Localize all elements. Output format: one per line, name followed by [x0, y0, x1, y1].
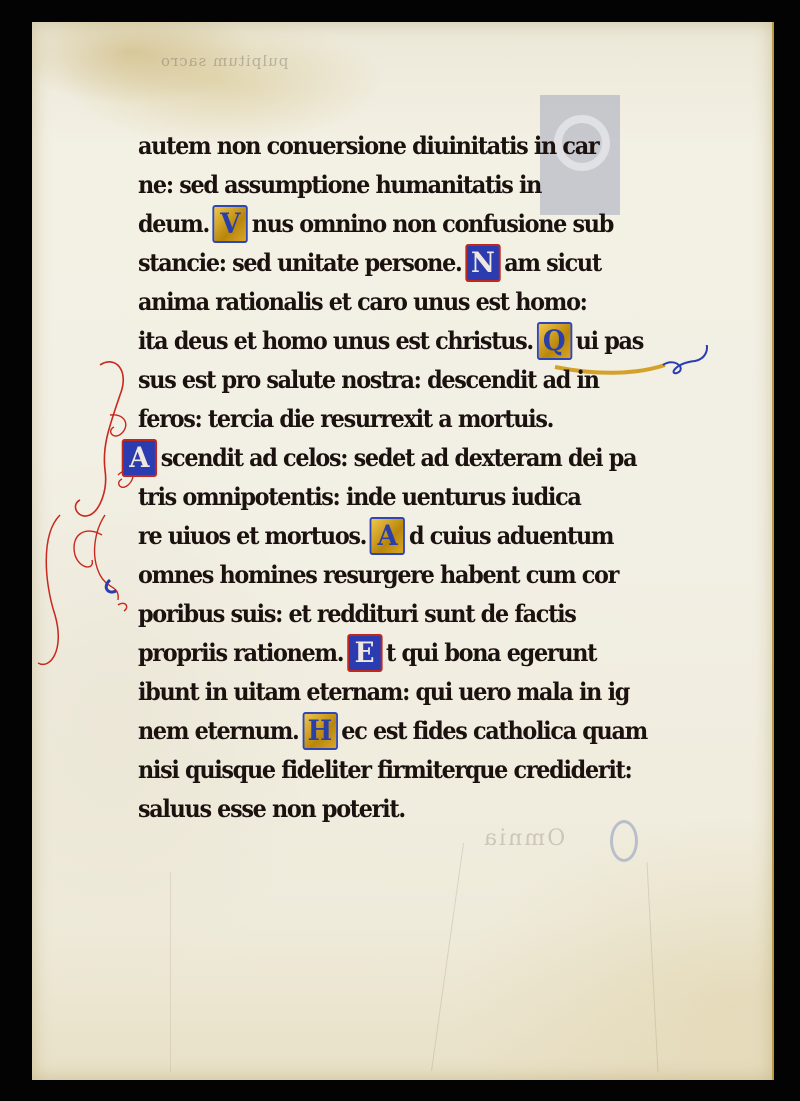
ruling-line: [170, 872, 171, 1072]
illuminated-initial-v: V: [213, 205, 248, 243]
text-line-3: deum.Vnus omnino non confusione sub: [138, 204, 631, 243]
text-line-17: nisi quisque fideliter firmiterque credi…: [138, 750, 631, 789]
text-line-12: omnes homines resurgere habent cum cor: [138, 555, 631, 594]
parchment-crease: [647, 862, 659, 1072]
text-line-8: feros: tercia die resurrexit a mortuis.: [138, 399, 631, 438]
text-line-18: saluus esse non poterit.: [138, 789, 631, 828]
penwork-initial-e: E: [347, 634, 382, 672]
text-line-15: ibunt in uitam eternam: qui uero mala in…: [138, 672, 631, 711]
text-line-13: poribus suis: et reddituri sunt de facti…: [138, 594, 631, 633]
illuminated-initial-q: Q: [537, 322, 572, 360]
penwork-initial-n: N: [465, 244, 500, 282]
manuscript-text: autem non conuersione diuinitatis in car…: [138, 126, 668, 828]
showthrough-text-top: pulpitum sacro: [160, 52, 288, 70]
penwork-flourish: [30, 355, 140, 685]
text-line-2: ne: sed assumptione humanitatis in: [138, 165, 631, 204]
text-line-11: re uiuos et mortuos.Ad cuius aduentum: [138, 516, 631, 555]
text-line-10: tris omnipotentis: inde uenturus iudica: [138, 477, 631, 516]
illuminated-initial-h: H: [302, 712, 337, 750]
text-line-16: nem eternum.Hec est fides catholica quam: [138, 711, 631, 750]
text-line-7: sus est pro salute nostra: descendit ad …: [138, 360, 631, 399]
text-line-1: autem non conuersione diuinitatis in car: [138, 126, 631, 165]
text-line-14: propriis rationem.Et qui bona egerunt: [138, 633, 631, 672]
text-line-9: Ascendit ad celos: sedet ad dexteram dei…: [118, 438, 630, 477]
text-line-5: anima rationalis et caro unus est homo:: [138, 282, 631, 321]
parchment-crease: [431, 843, 464, 1071]
penwork-initial-a: A: [122, 439, 157, 477]
text-line-6: ita deus et homo unus est christus.Qui p…: [138, 321, 631, 360]
text-line-4: stancie: sed unitate persone.Nam sicut: [138, 243, 631, 282]
illuminated-initial-a: A: [370, 517, 405, 555]
showthrough-text-bottom: Omnia: [482, 826, 565, 851]
